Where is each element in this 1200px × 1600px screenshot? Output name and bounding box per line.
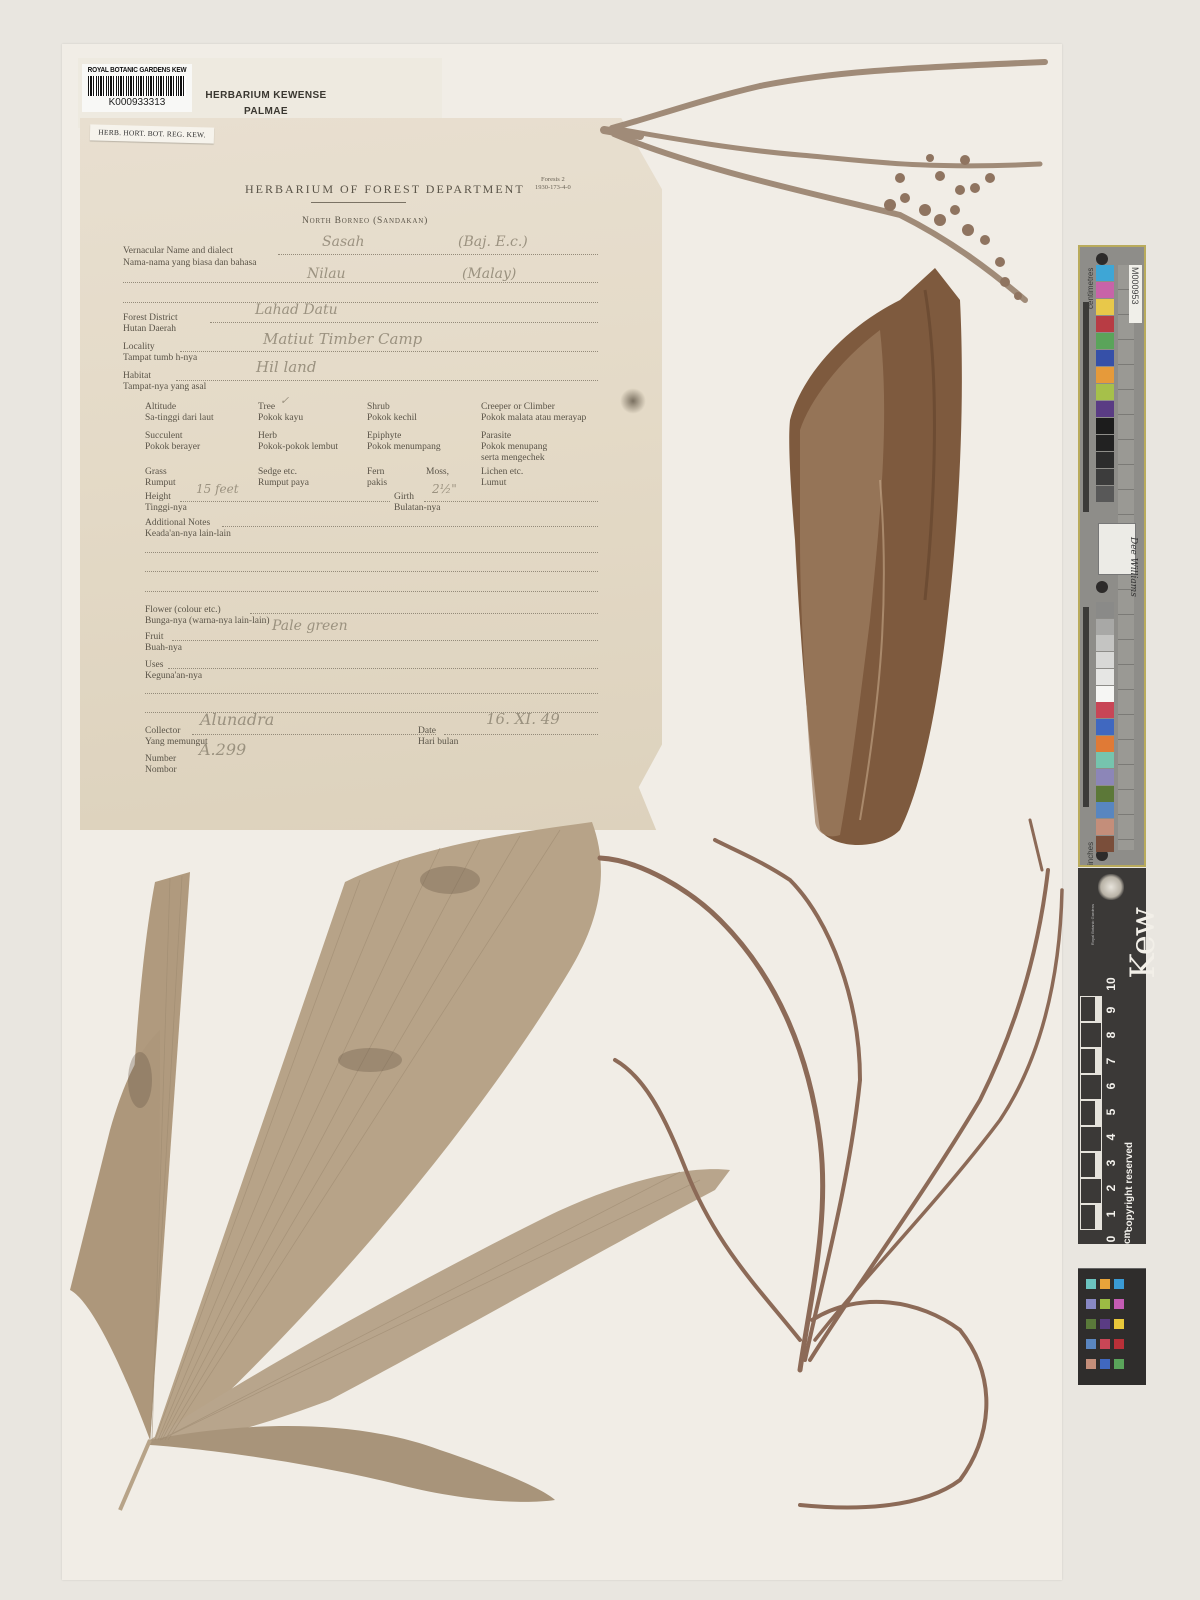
color-swatch [1096, 282, 1114, 298]
scale-brand: Dee Williams [1128, 537, 1138, 597]
inch-ruler [1083, 607, 1089, 807]
cm-segment [1080, 1074, 1102, 1100]
color-swatch [1096, 367, 1114, 383]
cm-segment [1080, 1178, 1102, 1204]
color-swatch [1096, 669, 1114, 685]
stem-base [789, 268, 962, 845]
color-cell [1086, 1339, 1096, 1349]
cm-unit: cm [1122, 1230, 1133, 1244]
color-swatch [1096, 299, 1114, 315]
color-swatch [1096, 452, 1114, 468]
punch-hole [1096, 253, 1108, 265]
color-cell [1114, 1319, 1124, 1329]
color-swatch [1096, 736, 1114, 752]
color-swatch [1096, 836, 1114, 852]
color-swatch [1096, 350, 1114, 366]
color-cell [1086, 1299, 1096, 1309]
cm-number: 3 [1104, 1156, 1118, 1170]
color-cell [1114, 1279, 1124, 1289]
color-swatch [1096, 602, 1114, 618]
cm-number: 2 [1104, 1181, 1118, 1195]
color-swatch [1096, 752, 1114, 768]
cm-segment [1080, 1048, 1102, 1074]
fan-leaf [70, 822, 730, 1510]
scale-id: M000953 [1130, 267, 1140, 305]
kew-logo: Kew [1123, 908, 1163, 979]
kew-ruler: Royal Botanic Gardens Kew 012345678910 c… [1078, 868, 1146, 1244]
kew-crest-icon [1098, 874, 1124, 900]
color-swatch [1096, 652, 1114, 668]
cm-segment [1080, 1022, 1102, 1048]
cm-number: 10 [1104, 977, 1118, 991]
cm-segment [1080, 1204, 1102, 1230]
cm-number: 8 [1104, 1028, 1118, 1042]
inflorescence-branch [604, 62, 1045, 300]
cm-number: 6 [1104, 1079, 1118, 1093]
cm-segment [1080, 1126, 1102, 1152]
cm-number: 9 [1104, 1003, 1118, 1017]
kew-small-text: Royal Botanic Gardens [1090, 904, 1095, 945]
color-swatch [1096, 619, 1114, 635]
color-swatch [1096, 401, 1114, 417]
cm-segment [1080, 996, 1102, 1022]
color-swatch [1096, 435, 1114, 451]
color-swatch [1096, 719, 1114, 735]
color-swatch [1096, 802, 1114, 818]
color-cell [1114, 1299, 1124, 1309]
punch-hole [1096, 581, 1108, 593]
roots [600, 820, 1062, 1507]
color-swatch [1096, 469, 1114, 485]
color-cell [1100, 1279, 1110, 1289]
cm-number: 7 [1104, 1054, 1118, 1068]
scale-id-tag: M000953 [1129, 265, 1142, 323]
color-cell [1100, 1339, 1110, 1349]
color-swatch [1096, 486, 1114, 502]
color-cell [1100, 1319, 1110, 1329]
color-swatch [1096, 418, 1114, 434]
color-swatch [1096, 686, 1114, 702]
color-cell [1086, 1279, 1096, 1289]
color-cell [1086, 1359, 1096, 1369]
color-swatch [1096, 819, 1114, 835]
inches-label: inches [1086, 842, 1095, 865]
color-cell [1114, 1339, 1124, 1349]
cm-ruler [1083, 302, 1089, 512]
color-checker-grid [1078, 1268, 1146, 1385]
centimetres-label: centimetres [1086, 268, 1095, 309]
color-swatch [1096, 333, 1114, 349]
specimen-drawings [0, 0, 1200, 1600]
color-swatch [1096, 786, 1114, 802]
color-swatch [1096, 635, 1114, 651]
color-cell [1100, 1359, 1110, 1369]
color-swatch [1096, 384, 1114, 400]
color-swatch [1096, 769, 1114, 785]
color-swatch [1096, 265, 1114, 281]
color-cell [1086, 1319, 1096, 1329]
color-swatch [1096, 702, 1114, 718]
cm-number: 5 [1104, 1105, 1118, 1119]
copyright-text: copyright reserved [1124, 1142, 1135, 1232]
color-calibration-scale: centimetres inches M000953 Dee Williams [1078, 245, 1146, 867]
color-cell [1114, 1359, 1124, 1369]
color-cell [1100, 1299, 1110, 1309]
cm-number: 1 [1104, 1207, 1118, 1221]
cm-segment [1080, 1100, 1102, 1126]
cm-number: 0 [1104, 1232, 1118, 1246]
cm-segment [1080, 1152, 1102, 1178]
cm-number: 4 [1104, 1130, 1118, 1144]
cm-scale [1080, 996, 1102, 1242]
color-swatch [1096, 316, 1114, 332]
